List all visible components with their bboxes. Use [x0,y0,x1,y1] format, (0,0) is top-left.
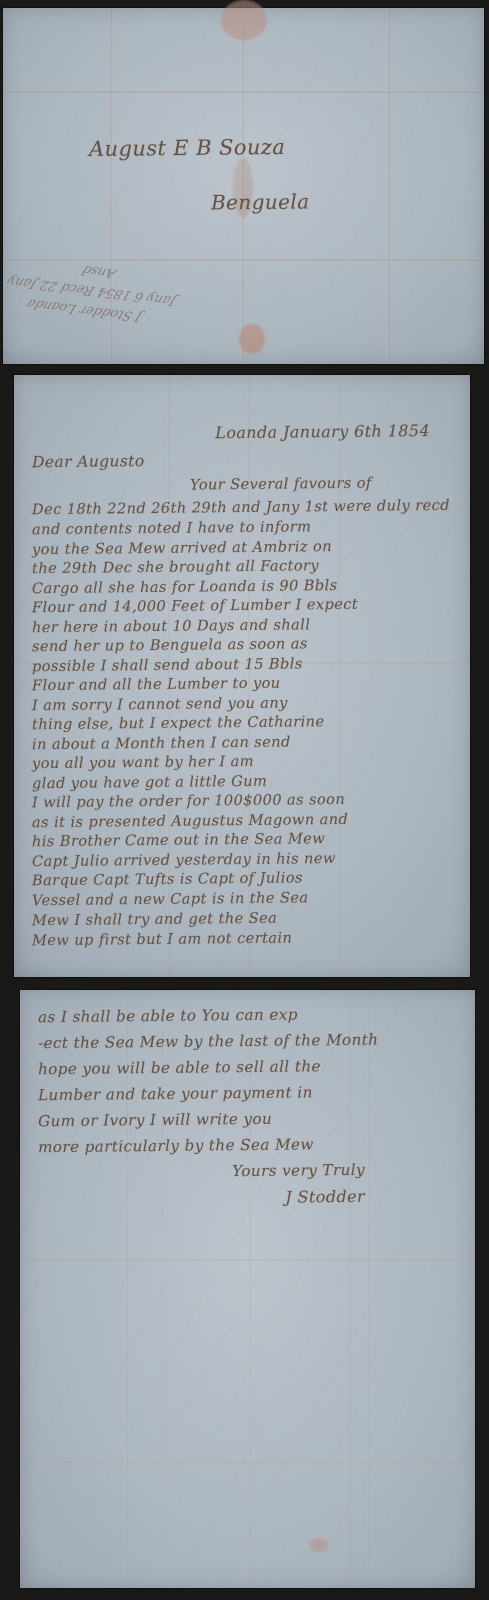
salutation: Dear Augusto [32,449,456,471]
fold-crease [125,990,128,1588]
letter-line: you the Sea Mew arrived at Ambriz on [32,537,456,558]
letter-line: Dec 18th 22nd 26th 29th and Jany 1st wer… [32,497,456,518]
letter-line: glad you have got a little Gum [32,771,456,792]
letter-line: Gum or Ivory I will write you [38,1108,461,1130]
letter-line: Your Several favours of [32,474,456,495]
fold-crease [367,990,370,1588]
letter-line: Mew up first but I am not certain [32,928,456,949]
envelope-sheet: August E B Souza Benguela J Stodder Loan… [3,8,484,364]
address-destination: Benguela [211,189,310,214]
letter-line: thing else, but I expect the Catharine [32,712,456,733]
letter-line: in about a Month then I can send [32,732,456,753]
letter-line: Vessel and a new Capt is in the Sea [32,888,456,909]
letter-page-2: as I shall be able to You can exp -ect t… [20,990,475,1588]
letter-line: hope you will be able to sell all the [38,1056,461,1078]
fold-crease [160,990,163,1588]
letter-line: the 29th Dec she brought all Factory [32,556,456,577]
signature: J Stodder [38,1186,461,1209]
letter-line: -ect the Sea Mew by the last of the Mont… [38,1030,461,1052]
closing: Yours very Truly [38,1160,461,1182]
wax-seal-remnant [221,0,267,40]
letter-line: her here in about 10 Days and shall [32,615,456,636]
fold-crease [20,1258,475,1261]
letter-line: more particularly by the Sea Mew [38,1134,461,1156]
letter-line: possible I shall send about 15 Bbls [32,654,456,675]
letter-line: Flour and 14,000 Feet of Lumber I expect [32,595,456,616]
letter-line: you all you want by her I am [32,751,456,772]
letter-page-1: Loanda January 6th 1854 Dear Augusto You… [14,375,470,977]
dateline: Loanda January 6th 1854 [32,421,456,444]
scan-background: August E B Souza Benguela J Stodder Loan… [0,0,489,1600]
letter-line: and contents noted I have to inform [32,517,456,538]
docket-notes: J Stodder Loanda Jany 6 1854 Recd 22 Jan… [0,250,197,331]
fold-crease [347,990,350,1588]
fold-crease [3,90,484,93]
fold-crease [387,8,390,364]
address-recipient: August E B Souza [89,135,285,161]
letter-line: Capt Julio arrived yesterday in his new [32,849,456,870]
letter-line: as it is presented Augustus Magown and [32,810,456,831]
fold-crease [20,1460,475,1463]
letter-line: Lumber and take your payment in [38,1082,461,1104]
letter-line: I will pay the order for 100$000 as soon [32,790,456,811]
letter-line: Mew I shall try and get the Sea [32,908,456,929]
letter-line: Cargo all she has for Loanda is 90 Bbls [32,576,456,597]
paper-stain [239,324,265,354]
paper-stain [310,1538,328,1552]
letter-line: as I shall be able to You can exp [38,1004,461,1026]
letter-line: Barque Capt Tufts is Capt of Julios [32,868,456,889]
letter-line: Flour and all the Lumber to you [32,673,456,694]
letter-line: send her up to Benguela as soon as [32,634,456,655]
letter-line: I am sorry I cannot send you any [32,693,456,714]
fold-crease [248,990,251,1588]
letter-line: his Brother Came out in the Sea Mew [32,829,456,850]
